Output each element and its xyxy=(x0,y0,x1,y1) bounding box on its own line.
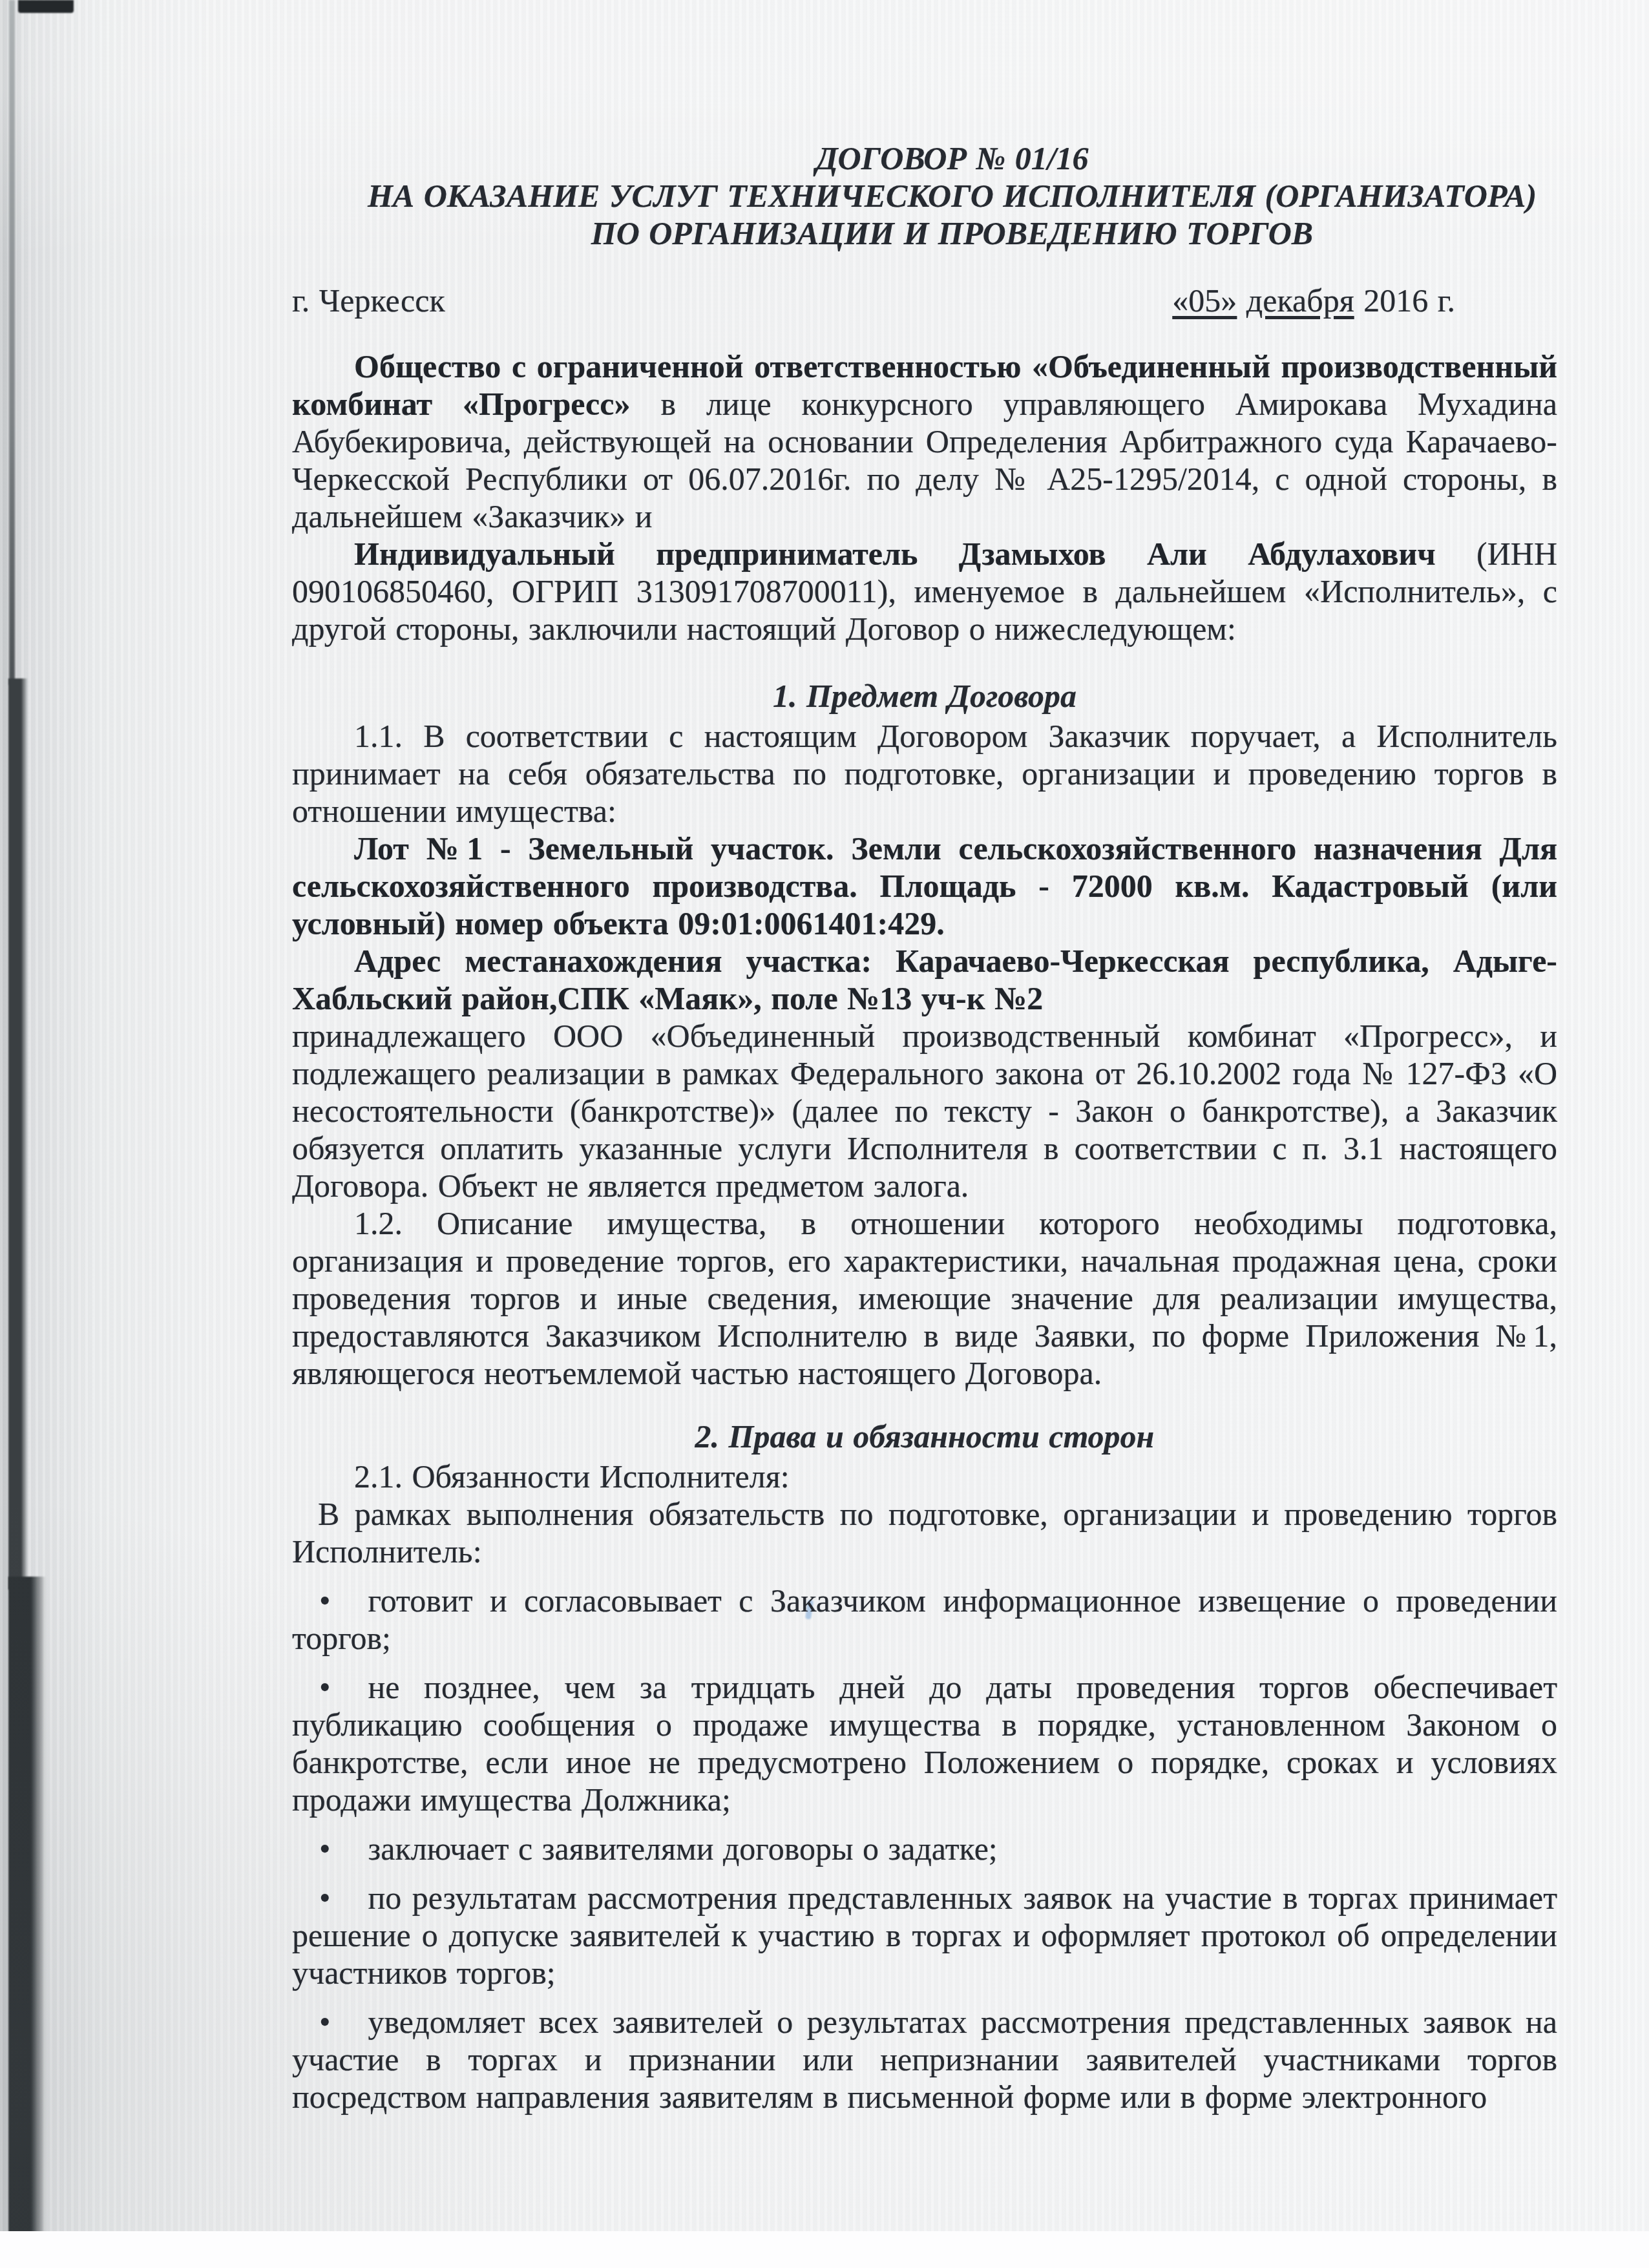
preamble-customer-paragraph: Общество с ограниченной ответственностью… xyxy=(292,348,1557,535)
duty-item-3: •заключает с заявителями договоры о зада… xyxy=(292,1830,1557,1867)
document-title: ДОГОВОР № 01/16 НА ОКАЗАНИЕ УСЛУГ ТЕХНИЧ… xyxy=(347,140,1557,252)
contract-place: г. Черкесск xyxy=(292,282,445,319)
duty-text: готовит и согласовывает с Заказчиком инф… xyxy=(292,1582,1557,1656)
contract-date: «05» декабря 2016 г. xyxy=(1172,282,1455,319)
executor-name-bold: Индивидуальный предприниматель Дзамыхов … xyxy=(354,536,1436,572)
bullet-icon: • xyxy=(319,2004,331,2040)
document-body: ДОГОВОР № 01/16 НА ОКАЗАНИЕ УСЛУГ ТЕХНИЧ… xyxy=(292,140,1557,2116)
date-day: «05» xyxy=(1172,282,1237,319)
clause-1-2: 1.2. Описание имущества, в отношении кот… xyxy=(292,1204,1557,1392)
section2-heading: 2. Права и обязанности сторон xyxy=(292,1418,1557,1455)
belonging-paragraph: принадлежащего ООО «Объединенный произво… xyxy=(292,1017,1557,1204)
place-and-date-row: г. Черкесск «05» декабря 2016 г. xyxy=(292,282,1557,319)
section1-heading: 1. Предмет Договора xyxy=(292,677,1557,715)
scanner-edge-strip-bottom xyxy=(8,1577,46,2232)
scan-bottom-margin xyxy=(0,2231,1649,2268)
duty-text: по результатам рассмотрения представленн… xyxy=(292,1880,1557,1991)
date-month: декабря xyxy=(1246,282,1354,319)
bullet-icon: • xyxy=(319,1880,331,1916)
duty-text: заключает с заявителями договоры о задат… xyxy=(368,1831,998,1867)
clause-1-1: 1.1. В соответствии с настоящим Договоро… xyxy=(292,717,1557,830)
date-year: 2016 г. xyxy=(1354,282,1455,319)
lot-description: Лот №1 - Земельный участок. Земли сельск… xyxy=(292,830,1557,942)
scanned-contract-page: ДОГОВОР № 01/16 НА ОКАЗАНИЕ УСЛУГ ТЕХНИЧ… xyxy=(0,0,1649,2268)
duty-text: не позднее, чем за тридцать дней до даты… xyxy=(292,1669,1557,1818)
duty-item-2: •не позднее, чем за тридцать дней до дат… xyxy=(292,1668,1557,1818)
clause-2-1: 2.1. Обязанности Исполнителя: xyxy=(292,1458,1557,1495)
duty-item-1: •готовит и согласовывает с Заказчиком ин… xyxy=(292,1582,1557,1657)
bullet-icon: • xyxy=(319,1831,331,1867)
document-title-line-3: ПО ОРГАНИЗАЦИИ И ПРОВЕДЕНИЮ ТОРГОВ xyxy=(347,215,1557,252)
scanner-edge-shadow-top xyxy=(9,0,15,685)
scanner-black-tab xyxy=(18,0,74,13)
document-title-line-2: НА ОКАЗАНИЕ УСЛУГ ТЕХНИЧЕСКОГО ИСПОЛНИТЕ… xyxy=(347,177,1557,215)
document-title-line-1: ДОГОВОР № 01/16 xyxy=(347,140,1557,177)
preamble-executor-paragraph: Индивидуальный предприниматель Дзамыхов … xyxy=(292,535,1557,647)
bullet-icon: • xyxy=(319,1582,331,1619)
bullet-icon: • xyxy=(319,1669,331,1705)
duty-item-4: •по результатам рассмотрения представлен… xyxy=(292,1879,1557,1991)
lot-address: Адрес местанахождения участка: Карачаево… xyxy=(292,942,1557,1017)
duty-text: уведомляет всех заявителей о результатах… xyxy=(292,2004,1557,2115)
duty-item-5: •уведомляет всех заявителей о результата… xyxy=(292,2003,1557,2116)
executor-duties-intro: В рамках выполнения обязательств по подг… xyxy=(292,1495,1557,1570)
scanner-edge-strip-middle xyxy=(8,678,28,1590)
